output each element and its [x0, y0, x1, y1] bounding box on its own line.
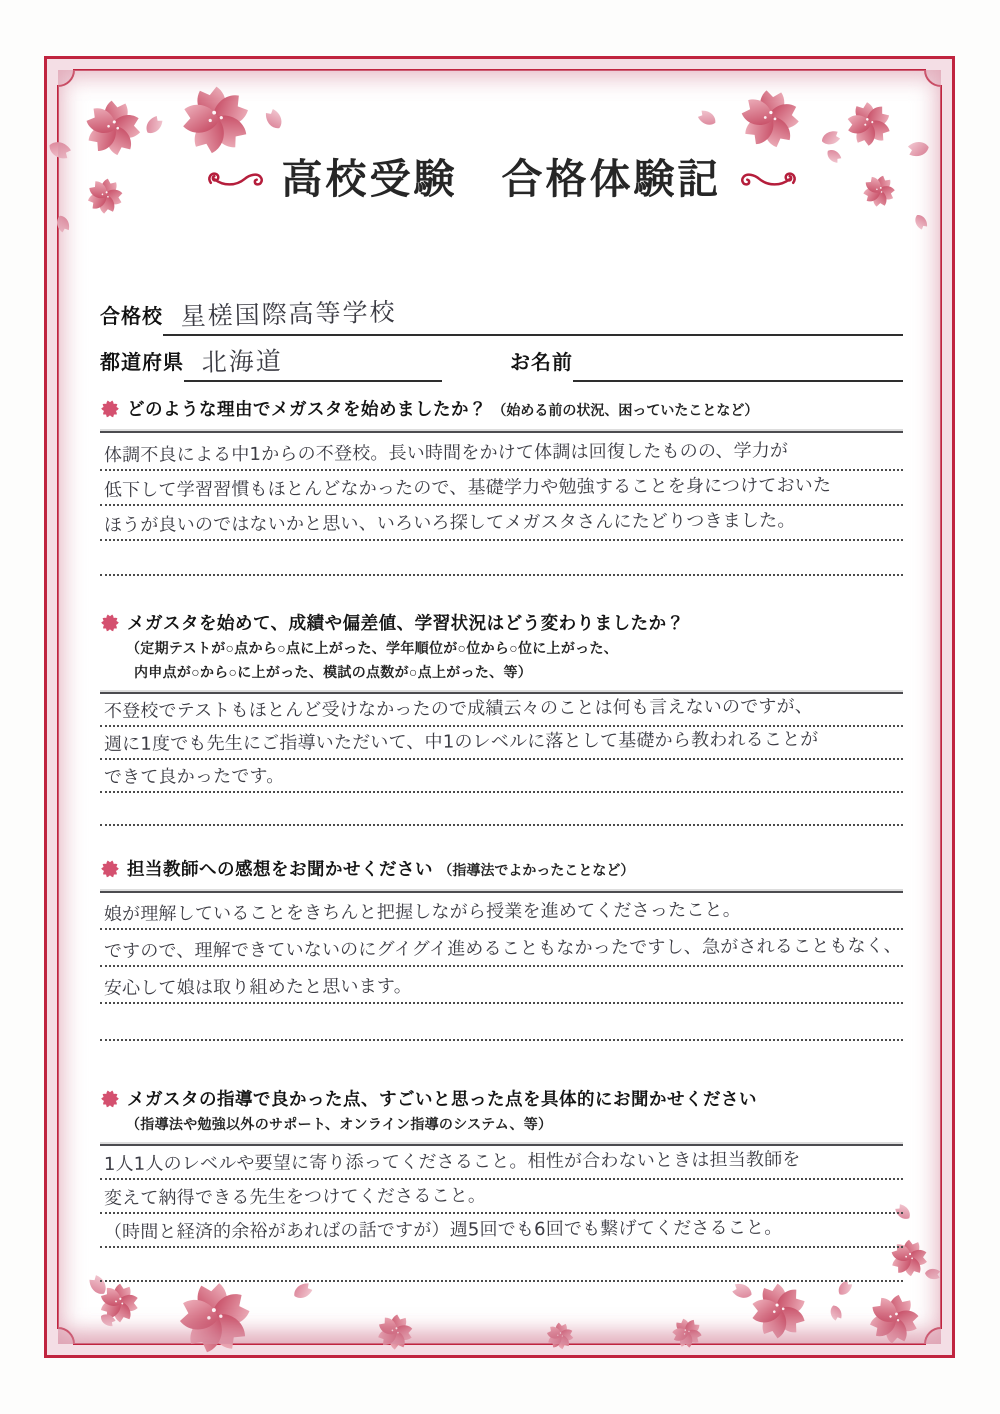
answer-line: 不登校でテストもほとんど受けなかったので成績云々のことは何も言えないのですが、	[100, 694, 903, 727]
accepted-school-line: 星槎国際高等学校	[163, 297, 903, 336]
answer-line: 週に1度でも先生にご指導いただいて、中1のレベルに落として基礎から教われることが	[100, 727, 903, 760]
field-row-accepted-school: 合格校 星槎国際高等学校	[100, 292, 903, 336]
answer-line	[100, 1248, 903, 1282]
accepted-school-value: 星槎国際高等学校	[180, 292, 397, 333]
answer-line: 安心して娘は取り組めたと思います。	[100, 967, 903, 1004]
answer-line	[100, 793, 903, 826]
question-3-note: （指導法でよかったことなど）	[438, 862, 634, 878]
question-1-header: どのような理由でメガスタを始めましたか？ （始める前の状況、困っていたことなど）	[100, 396, 903, 423]
field-row-prefecture-name: 都道府県 北海道 お名前	[100, 336, 903, 382]
question-1-answers: 体調不良による中1からの不登校。長い時間をかけて体調は回復したものの、学力が 低…	[100, 433, 903, 576]
question-4-note-line-1: （指導法や勉強以外のサポート、オンライン指導のシステム、等）	[100, 1112, 903, 1136]
flourish-left-icon	[204, 159, 266, 193]
name-label: お名前	[510, 346, 573, 382]
answer-line	[100, 541, 903, 576]
answer-line: 体調不良による中1からの不登校。長い時間をかけて体調は回復したものの、学力が	[100, 433, 903, 471]
answer-text: 不登校でテストもほとんど受けなかったので成績云々のことは何も言えないのですが、	[100, 697, 813, 725]
answer-line: 1人1人のレベルや要望に寄り添ってくださること。相性が合わないときは担当教師を	[100, 1146, 903, 1180]
answer-text: （時間と経済的余裕があればの話ですが）週5回でも6回でも繋げてくださること。	[100, 1218, 783, 1246]
question-block-4: メガスタの指導で良かった点、すごいと思った点を具体的にお聞かせください （指導法…	[100, 1086, 903, 1282]
answer-text: 変えて納得できる先生をつけてくださること。	[100, 1186, 486, 1212]
flourish-right-icon	[738, 159, 800, 193]
prefecture-value: 北海道	[201, 341, 283, 379]
prefecture-line: 北海道	[184, 343, 442, 382]
question-2-note-line-1: （定期テストが○点から○点に上がった、学年順位が○位から○位に上がった、	[100, 636, 903, 660]
question-3-header: 担当教師への感想をお聞かせください （指導法でよかったことなど）	[100, 856, 903, 883]
sakura-bullet-icon	[100, 1089, 120, 1109]
answer-text: ほうが良いのではないかと思い、いろいろ探してメガスタさんにたどりつきました。	[100, 511, 796, 539]
answer-text	[100, 571, 104, 574]
question-2-answers: 不登校でテストもほとんど受けなかったので成績云々のことは何も言えないのですが、 …	[100, 694, 903, 826]
answer-line: できて良かったです。	[100, 760, 903, 793]
question-3-answers: 娘が理解していることをきちんと把握しながら授業を進めてくださったこと。 ですので…	[100, 893, 903, 1041]
answer-line: 低下して学習習慣もほとんどなかったので、基礎学力や勉強することを身につけておいた	[100, 471, 903, 506]
answer-text: ですので、理解できていないのにグイグイ進めることもなかったですし、急がされること…	[100, 936, 902, 965]
question-2-note-line-2: 内申点が○から○に上がった、模試の点数が○点上がった、等）	[100, 660, 903, 684]
question-2-header: メガスタを始めて、成績や偏差値、学習状況はどう変わりましたか？	[100, 610, 903, 636]
sakura-bullet-icon	[100, 613, 120, 633]
question-1-title: どのような理由でメガスタを始めましたか？ （始める前の状況、困っていたことなど）	[127, 396, 758, 423]
question-4-answers: 1人1人のレベルや要望に寄り添ってくださること。相性が合わないときは担当教師を …	[100, 1146, 903, 1282]
accepted-school-label: 合格校	[100, 300, 163, 336]
answer-line	[100, 1004, 903, 1041]
answer-text: 体調不良による中1からの不登校。長い時間をかけて体調は回復したものの、学力が	[100, 441, 788, 469]
answer-text: 娘が理解していることをきちんと把握しながら授業を進めてくださったこと。	[100, 901, 741, 928]
question-4-header: メガスタの指導で良かった点、すごいと思った点を具体的にお聞かせください	[100, 1086, 903, 1112]
question-3-title: 担当教師への感想をお聞かせください （指導法でよかったことなど）	[127, 856, 634, 883]
answer-line: ですので、理解できていないのにグイグイ進めることもなかったですし、急がされること…	[100, 930, 903, 967]
answer-text	[100, 1277, 104, 1280]
prefecture-label: 都道府県	[100, 346, 184, 382]
question-2-title: メガスタを始めて、成績や偏差値、学習状況はどう変わりましたか？	[127, 610, 685, 636]
form-content: 高校受験 合格体験記 合格校 星槎国際高等学校 都道府県 北海道 お名前 どのよ…	[100, 0, 903, 1414]
answer-text: 週に1度でも先生にご指導いただいて、中1のレベルに落として基礎から教われることが	[100, 730, 819, 758]
title-row: 高校受験 合格体験記	[100, 146, 903, 205]
question-block-3: 担当教師への感想をお聞かせください （指導法でよかったことなど） 娘が理解してい…	[100, 856, 903, 1041]
question-1-title-text: どのような理由でメガスタを始めましたか？	[127, 399, 487, 419]
answer-text: 1人1人のレベルや要望に寄り添ってくださること。相性が合わないときは担当教師を	[100, 1150, 801, 1178]
answer-text	[100, 1036, 104, 1039]
answer-line: 娘が理解していることをきちんと把握しながら授業を進めてくださったこと。	[100, 893, 903, 930]
answer-text: 安心して娘は取り組めたと思います。	[100, 977, 412, 1002]
page-title: 高校受験 合格体験記	[282, 146, 722, 205]
scanned-testimonial-form: { "page": { "title": "高校受験 合格体験記" }, "ac…	[0, 0, 1000, 1414]
answer-line: 変えて納得できる先生をつけてくださること。	[100, 1180, 903, 1214]
answer-text: できて良かったです。	[100, 767, 285, 791]
question-4-title: メガスタの指導で良かった点、すごいと思った点を具体的にお聞かせください	[127, 1086, 757, 1112]
question-block-1: どのような理由でメガスタを始めましたか？ （始める前の状況、困っていたことなど）…	[100, 396, 903, 576]
answer-line: ほうが良いのではないかと思い、いろいろ探してメガスタさんにたどりつきました。	[100, 506, 903, 541]
name-line	[573, 379, 903, 382]
question-block-2: メガスタを始めて、成績や偏差値、学習状況はどう変わりましたか？ （定期テストが○…	[100, 610, 903, 826]
answer-text: 低下して学習習慣もほとんどなかったので、基礎学力や勉強することを身につけておいた	[100, 476, 831, 504]
question-1-note: （始める前の状況、困っていたことなど）	[492, 402, 758, 418]
answer-line: （時間と経済的余裕があればの話ですが）週5回でも6回でも繋げてくださること。	[100, 1214, 903, 1248]
question-3-title-text: 担当教師への感想をお聞かせください	[127, 859, 433, 879]
sakura-bullet-icon	[100, 399, 120, 419]
answer-text	[100, 821, 104, 824]
sakura-bullet-icon	[100, 859, 120, 879]
